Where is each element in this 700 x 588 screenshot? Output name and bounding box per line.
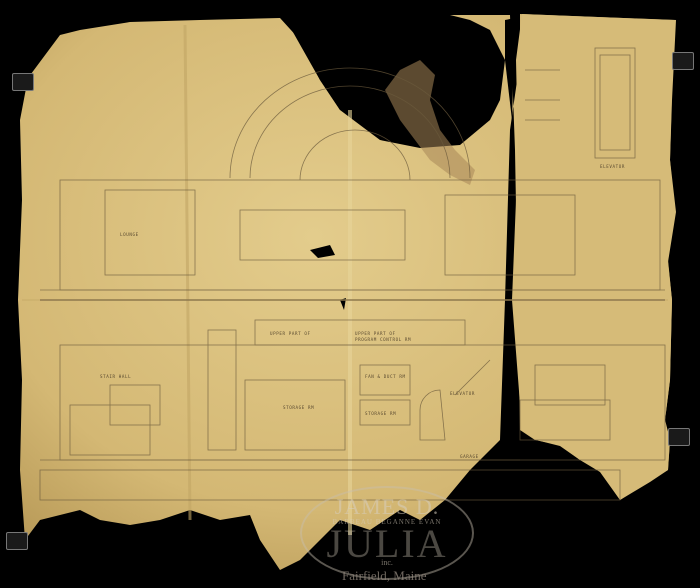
photo-canvas: STORAGE RM STORAGE RM FAN & DUCT RM UPPE… <box>0 0 700 588</box>
room-label: STAIR HALL <box>100 374 131 379</box>
binder-clip <box>668 428 690 446</box>
room-label: PROGRAM CONTROL RM <box>355 337 411 342</box>
binder-clip <box>6 532 28 550</box>
sheet-note: ELEVATOR <box>600 164 625 169</box>
room-label: STORAGE RM <box>365 411 396 416</box>
room-label: GARAGE <box>460 454 479 459</box>
paper-right <box>512 14 676 500</box>
blueprint-sheet: STORAGE RM STORAGE RM FAN & DUCT RM UPPE… <box>0 0 700 588</box>
room-label: LOUNGE <box>120 232 139 237</box>
room-label: UPPER PART OF <box>270 331 311 336</box>
binder-clip <box>672 52 694 70</box>
room-label: FAN & DUCT RM <box>365 374 406 379</box>
watermark-location: Fairfield, Maine <box>342 568 426 584</box>
room-label: ELEVATOR <box>450 391 475 396</box>
room-label: UPPER PART OF <box>355 331 396 336</box>
room-label: STORAGE RM <box>283 405 314 410</box>
binder-clip <box>12 73 34 91</box>
